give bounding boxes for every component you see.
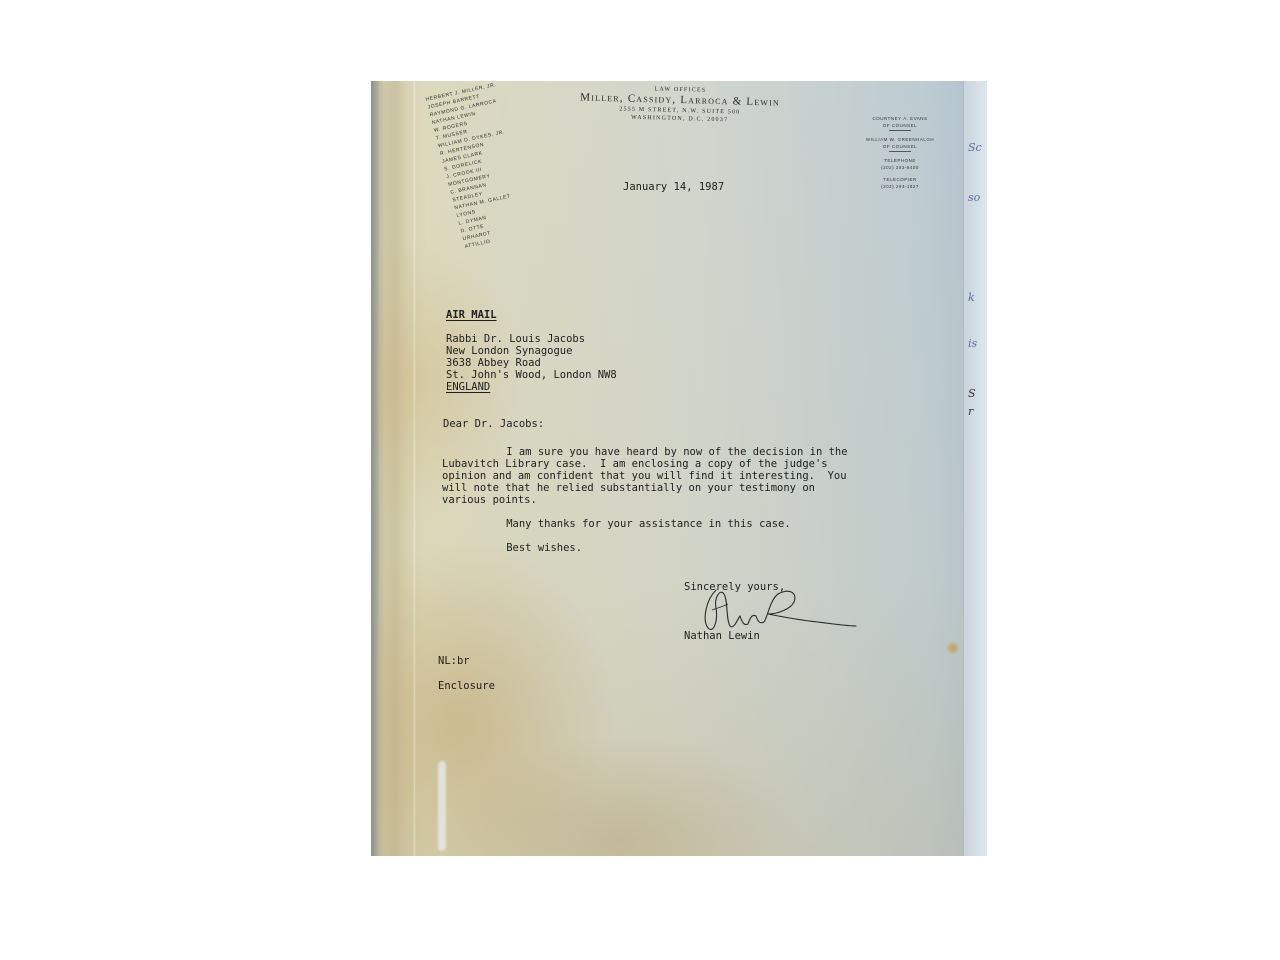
telecopier-number: (202) 293-1827 <box>852 184 948 191</box>
recipient-street: 3638 Abbey Road <box>446 357 541 370</box>
counsel-role: OF COUNSEL <box>852 123 948 130</box>
letter-date: January 14, 1987 <box>623 181 724 194</box>
letterhead: LAW OFFICES Miller, Cassidy, Larroca & L… <box>540 82 821 126</box>
telephone-number: (202) 293-6400 <box>852 165 948 172</box>
handwritten-mark: S <box>968 387 976 400</box>
enclosure-note: Enclosure <box>438 680 495 693</box>
typist-initials: NL:br <box>438 655 470 668</box>
paper-blemish <box>438 761 446 851</box>
recipient-organization: New London Synagogue <box>446 345 572 358</box>
handwritten-mark: r <box>968 405 973 418</box>
page-edge-shadow <box>371 81 379 856</box>
telephone-entry: TELEPHONE (202) 293-6400 <box>852 158 948 171</box>
body-paragraph: Best wishes. <box>443 542 582 555</box>
body-line: I am sure you have heard by now of the d… <box>443 446 848 459</box>
delivery-method: AIR MAIL <box>446 309 497 322</box>
paper-hole-mark <box>947 642 959 654</box>
counsel-column: COURTNEY A. EVANS OF COUNSEL WILLIAM W. … <box>852 116 948 196</box>
fold-line <box>413 81 416 856</box>
body-paragraph: Many thanks for your assistance in this … <box>443 518 791 531</box>
underlying-page: Sc so k is S r <box>963 81 987 856</box>
handwritten-mark: k <box>968 291 975 304</box>
recipient-country: ENGLAND <box>446 381 490 394</box>
counsel-name: WILLIAM W. GREENHALGH <box>852 137 948 144</box>
body-line: various points. <box>442 494 537 507</box>
handwritten-mark: is <box>968 337 977 350</box>
handwritten-signature <box>698 580 858 635</box>
salutation: Dear Dr. Jacobs: <box>443 418 544 431</box>
recipient-city: St. John's Wood, London NW8 <box>446 369 617 382</box>
recipient-name: Rabbi Dr. Louis Jacobs <box>446 333 585 346</box>
counsel-role: OF COUNSEL <box>852 144 948 151</box>
signer-name: Nathan Lewin <box>684 630 760 643</box>
handwritten-mark: so <box>968 191 980 204</box>
counsel-entry: COURTNEY A. EVANS OF COUNSEL <box>852 116 948 131</box>
telecopier-entry: TELECOPIER (202) 293-1827 <box>852 177 948 190</box>
body-line: will note that he relied substantially o… <box>442 482 815 495</box>
body-line: Lubavitch Library case. I am enclosing a… <box>442 458 828 471</box>
handwritten-mark: Sc <box>968 141 982 154</box>
body-line: opinion and am confident that you will f… <box>442 470 847 483</box>
counsel-entry: WILLIAM W. GREENHALGH OF COUNSEL <box>852 137 948 152</box>
